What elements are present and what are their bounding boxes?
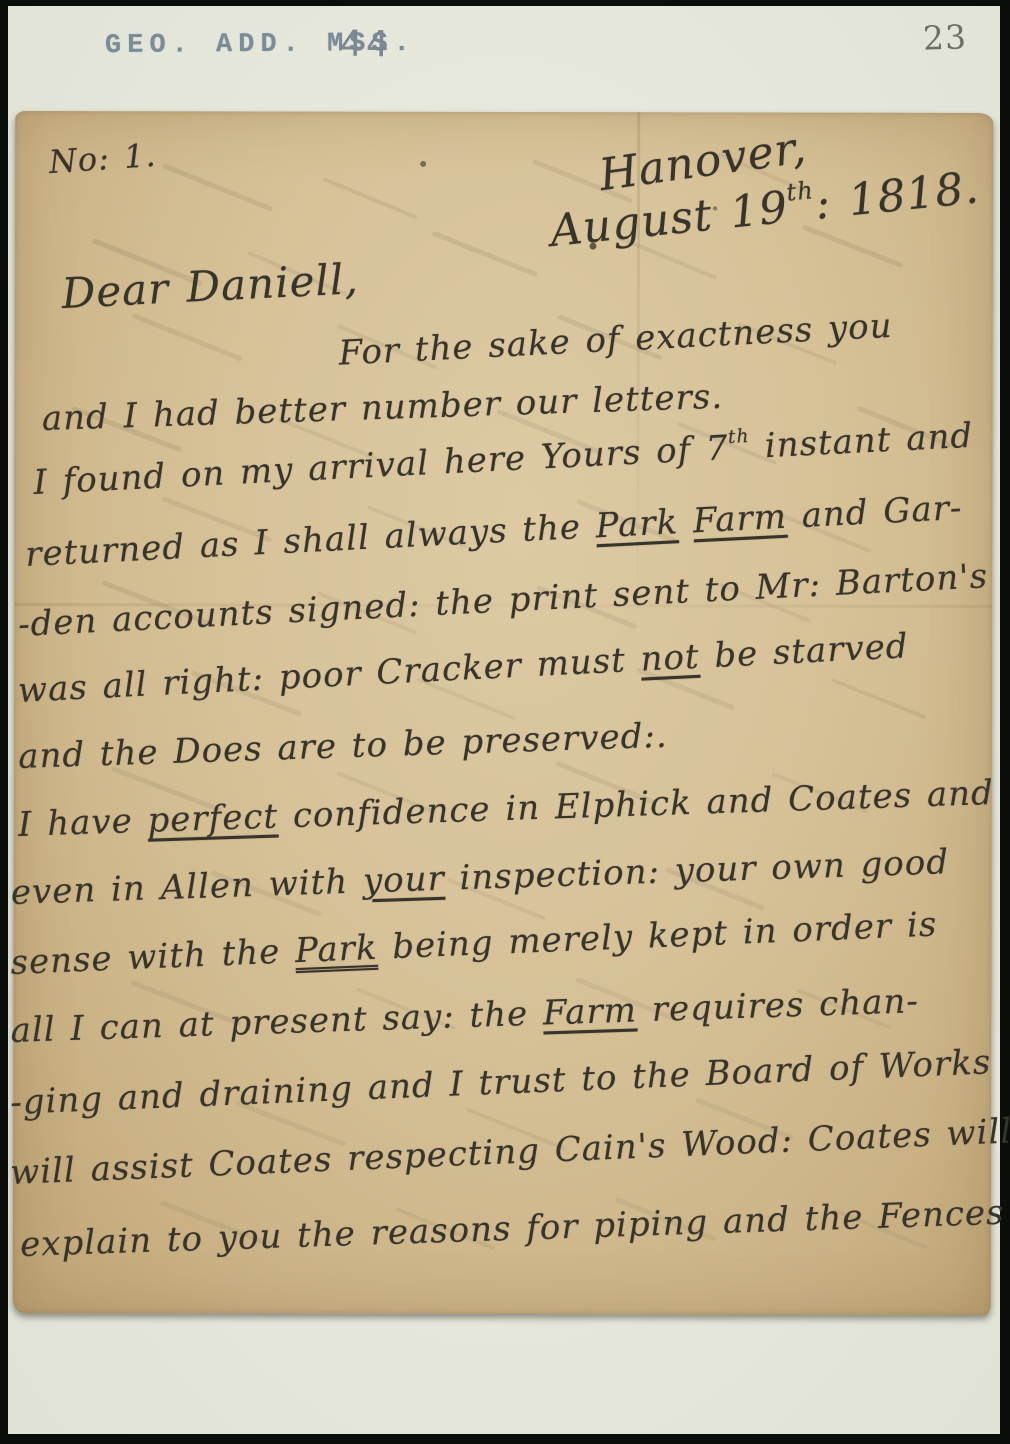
salutation: Dear Daniell,	[60, 254, 359, 318]
line-segment: sense with the	[10, 931, 296, 983]
letter-line: returned as I shall always the Park Farm…	[24, 488, 963, 575]
underlined-word: Park	[595, 502, 679, 546]
letter-line: all I can at present say: the Farm requi…	[10, 981, 919, 1051]
date-ordinal: th	[785, 177, 815, 208]
letter-line: sense with the Park being merely kept in…	[10, 904, 938, 982]
line-segment: all I can at present say: the	[10, 994, 544, 1051]
letter-paper: No: 1. Hanover, August 19th: 1818. Dear …	[13, 111, 994, 1315]
underlined-word: Farm	[542, 990, 637, 1033]
backing-sheet: GEO. ADD. MSS. 44 23	[8, 6, 1000, 1434]
underlined-word: Park	[294, 928, 378, 971]
line-segment: I have	[17, 801, 148, 845]
underlined-word: perfect	[147, 796, 279, 840]
letter-line: even in Allen with your inspection: your…	[10, 842, 949, 913]
line-segment: instant and	[749, 416, 974, 467]
date-day: August 19	[548, 182, 791, 257]
line-segment: requires chan-	[636, 981, 919, 1030]
letter-line: will assist Coates respecting Cain's Woo…	[9, 1111, 1010, 1193]
letter-line: and I had better number our letters.	[41, 377, 723, 439]
line-segment: was all right: poor Cracker must	[17, 640, 642, 711]
underlined-word: Farm	[692, 497, 788, 542]
ordinal-superscript: th	[727, 426, 750, 448]
line-segment: returned as I shall always the	[24, 506, 596, 575]
letter-number: No: 1.	[48, 136, 158, 181]
archive-number: 44	[340, 24, 393, 66]
line-segment: even in Allen with	[10, 861, 363, 913]
line-segment: inspection: your own good	[444, 842, 950, 899]
line-segment: and Gar-	[786, 488, 964, 537]
line-segment: confidence in Elphick and Coates and	[277, 773, 994, 836]
line-segment: I found on my arrival here Yours of 7	[32, 428, 729, 503]
letter-line: and the Does are to be preserved:.	[18, 716, 669, 777]
letter-line: was all right: poor Cracker must not be …	[17, 626, 910, 711]
underlined-word: not	[640, 637, 701, 680]
letter-line: For the sake of exactness you	[338, 306, 894, 374]
letter-line: explain to you the reasons for piping an…	[20, 1190, 1010, 1265]
folio-number: 23	[922, 17, 967, 58]
line-segment: be starved	[699, 626, 910, 676]
underlined-word: your	[362, 859, 445, 902]
letter-line: -ging and draining and I trust to the Bo…	[9, 1042, 992, 1123]
letter-line: I have perfect confidence in Elphick and…	[17, 773, 994, 845]
date-year: : 1818.	[813, 162, 982, 230]
line-segment: being merely kept in order is	[377, 904, 938, 967]
